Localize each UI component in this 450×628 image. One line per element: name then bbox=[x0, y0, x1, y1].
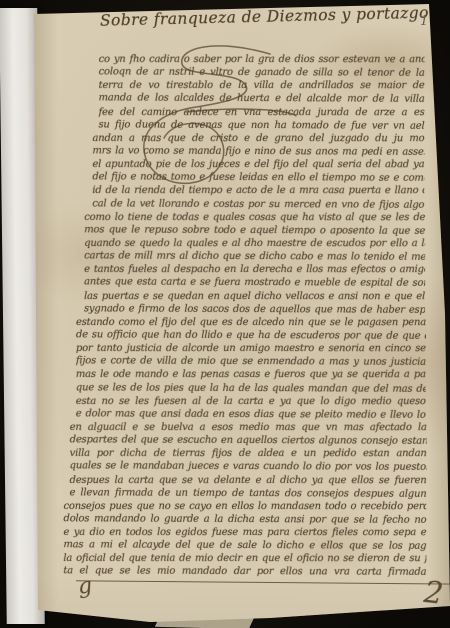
manuscript-line: las puertas e se quedan en aquel dicho v… bbox=[84, 289, 425, 302]
manuscript-line: sygnado e firmo de los sacos dos de aque… bbox=[84, 302, 425, 317]
manuscript-text-block: co yn fho cadira o saber por la gra de d… bbox=[61, 52, 448, 579]
manuscript-line: mas le ode mando e las penas casas e fue… bbox=[76, 368, 426, 381]
manuscript-line: despartes del que se escucho en aquellos… bbox=[70, 433, 427, 448]
manuscript-line: en alguacil e se buelva a esos medio mas… bbox=[70, 421, 427, 434]
closing-rule bbox=[76, 580, 450, 584]
manuscript-line: cartas de mill mrs al dicho que se dicho… bbox=[84, 249, 425, 264]
rubric-flourish-right: 2 bbox=[422, 575, 445, 612]
manuscript-line: estando como el fijo del que es de alced… bbox=[76, 316, 426, 329]
manuscript-line: el apuntado pie de los jueces e del fijo… bbox=[92, 158, 424, 171]
manuscript-line: ta el que se les mio mandado dar por ell… bbox=[63, 565, 426, 580]
manuscript-line: que se les de los pies que la ha de las … bbox=[76, 381, 426, 396]
manuscript-line: consejos pues que no se cayo en ellos lo… bbox=[63, 500, 426, 513]
manuscript-line: su fijo duena de avenas que non ha tomad… bbox=[98, 118, 424, 133]
manuscript-line: e dolor mas que ansi dada en esos dias q… bbox=[76, 407, 426, 422]
manuscript-line: esta no se les fuesen al de la carta e y… bbox=[76, 395, 426, 408]
manuscript-line: de su officio que han do llido e que ha … bbox=[76, 328, 426, 343]
manuscript-line: fee del camino andece en vna estacada ju… bbox=[99, 105, 425, 118]
manuscript-line: mas a mi el alcayde del que de sale lo d… bbox=[63, 538, 426, 553]
manuscript-line: terra de vo tirestablo de la villa de an… bbox=[99, 79, 425, 92]
manuscript-page: Sobre franqueza de Diezmos y portazgo 1 … bbox=[32, 4, 450, 626]
manuscript-line: co yn fho cadira o saber por la gra de d… bbox=[99, 53, 425, 66]
manuscript-line: e ya dio en todos los egidos fuese mas p… bbox=[63, 526, 426, 539]
folio-number: 1 bbox=[420, 14, 428, 29]
manuscript-line: mrs la vo como se manda fijo e nino de s… bbox=[92, 144, 424, 159]
manuscript-line: e tantos fueles al despacho en la derech… bbox=[84, 263, 425, 276]
manuscript-line: e llevan firmada de un tiempo de tantas … bbox=[70, 486, 427, 501]
manuscript-line: despues la carta que se va delante e al … bbox=[70, 473, 427, 486]
manuscript-line: antes que esta carta e se fuera mostrado… bbox=[84, 276, 425, 291]
manuscript-line: del fijo e notas tomo e fuese leidas en … bbox=[92, 171, 424, 186]
manuscript-line: como lo tiene de todas e quales cosas qu… bbox=[84, 211, 425, 224]
manuscript-line: dolos mandando lo guarde a la dicha esta… bbox=[63, 512, 426, 527]
manuscript-line: fijos e corte de villa de mio que se enm… bbox=[76, 354, 426, 369]
manuscript-line: villa por dicha de tierras fijos de alde… bbox=[70, 447, 427, 460]
manuscript-line: cal de la vet llorando e costas por su m… bbox=[92, 197, 424, 212]
manuscript-line: manda de los alcaldes de huerta e del al… bbox=[99, 92, 425, 107]
manuscript-line: coloqn de ar nstril e vltro de ganado de… bbox=[99, 65, 425, 80]
manuscript-line: andan a mas que de cristo e de grano del… bbox=[92, 132, 424, 145]
manuscript-line: id de la rienda del tiempo e acto de le … bbox=[92, 184, 424, 197]
manuscript-line: quando se quedo la quales e al dho maest… bbox=[84, 237, 425, 250]
manuscript-line: mos que le repuso sobre todo e aquel tie… bbox=[84, 223, 425, 238]
manuscript-line: por tanto justicia de alcorde un amigo m… bbox=[76, 342, 426, 355]
manuscript-line: quales se le mandaban jueces e varas cua… bbox=[70, 460, 427, 475]
